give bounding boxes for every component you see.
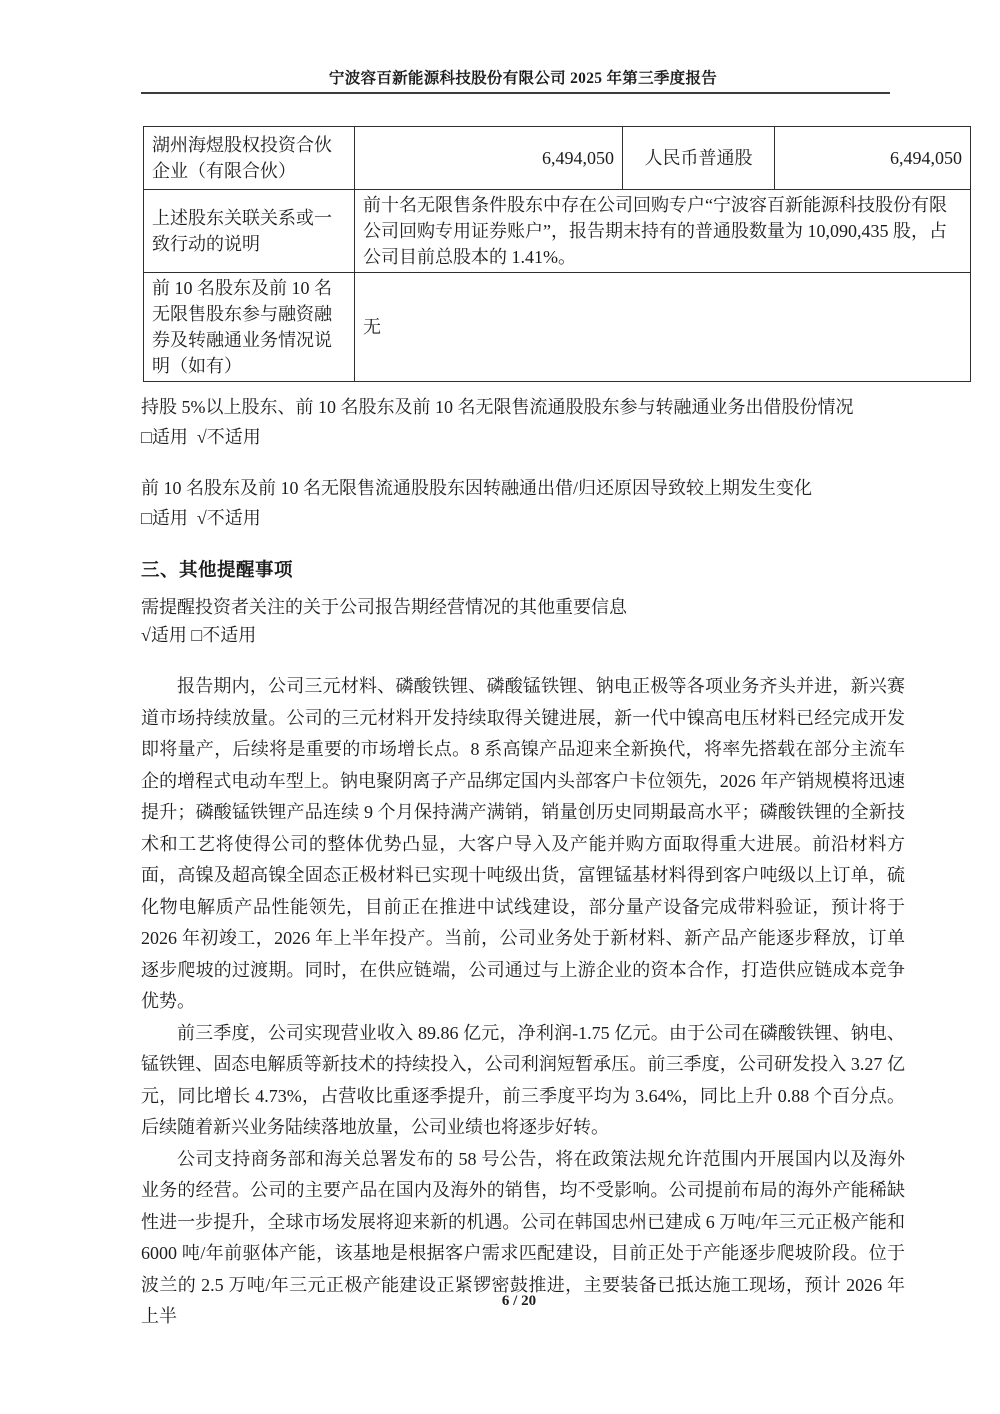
section-title-other-reminders: 三、其他提醒事项 [141,556,905,582]
table-row: 前 10 名股东及前 10 名无限售股东参与融资融券及转融通业务情况说明（如有）… [144,273,971,382]
report-page: 宁波容百新能源科技股份有限公司 2025 年第三季度报告 湖州海煜股权投资合伙企… [0,0,1000,1414]
statement-1-applicability-options: □适用 √不适用 [141,422,921,452]
body-paragraph-1: 报告期内，公司三元材料、磷酸铁锂、磷酸锰铁锂、钠电正极等各项业务齐头并进，新兴赛… [141,671,905,1018]
shares-held-cell: 6,494,050 [355,127,623,190]
share-type-cell: 人民币普通股 [623,127,775,190]
section-lead-text: 需提醒投资者关注的关于公司报告期经营情况的其他重要信息 [141,592,921,622]
table-row: 上述股东关联关系或一致行动的说明 前十名无限售条件股东中存在公司回购专户“宁波容… [144,190,971,273]
statement-1-text: 持股 5%以上股东、前 10 名股东及前 10 名无限售流通股股东参与转融通业务… [141,392,921,422]
table-row: 湖州海煜股权投资合伙企业（有限合伙） 6,494,050 人民币普通股 6,49… [144,127,971,190]
page-number: 6 / 20 [0,1293,1000,1310]
margin-lending-content-cell: 无 [355,273,971,382]
statement-2-applicability-options: □适用 √不适用 [141,503,921,533]
shares-count-cell: 6,494,050 [775,127,971,190]
margin-lending-label-cell: 前 10 名股东及前 10 名无限售股东参与融资融券及转融通业务情况说明（如有） [144,273,355,382]
report-body: 报告期内，公司三元材料、磷酸铁锂、磷酸锰铁锂、钠电正极等各项业务齐头并进，新兴赛… [141,671,905,1333]
header-rule [141,92,890,94]
relationship-label-cell: 上述股东关联关系或一致行动的说明 [144,190,355,273]
shareholder-name-cell: 湖州海煜股权投资合伙企业（有限合伙） [144,127,355,190]
page-header-title: 宁波容百新能源科技股份有限公司 2025 年第三季度报告 [141,66,905,88]
relationship-content-cell: 前十名无限售条件股东中存在公司回购专户“宁波容百新能源科技股份有限公司回购专用证… [355,190,971,273]
statement-2-text: 前 10 名股东及前 10 名无限售流通股股东因转融通出借/归还原因导致较上期发… [141,473,921,503]
section-applicability-options: √适用 □不适用 [141,620,921,650]
body-paragraph-2: 前三季度，公司实现营业收入 89.86 亿元，净利润-1.75 亿元。由于公司在… [141,1018,905,1144]
shareholder-table: 湖州海煜股权投资合伙企业（有限合伙） 6,494,050 人民币普通股 6,49… [143,126,971,382]
